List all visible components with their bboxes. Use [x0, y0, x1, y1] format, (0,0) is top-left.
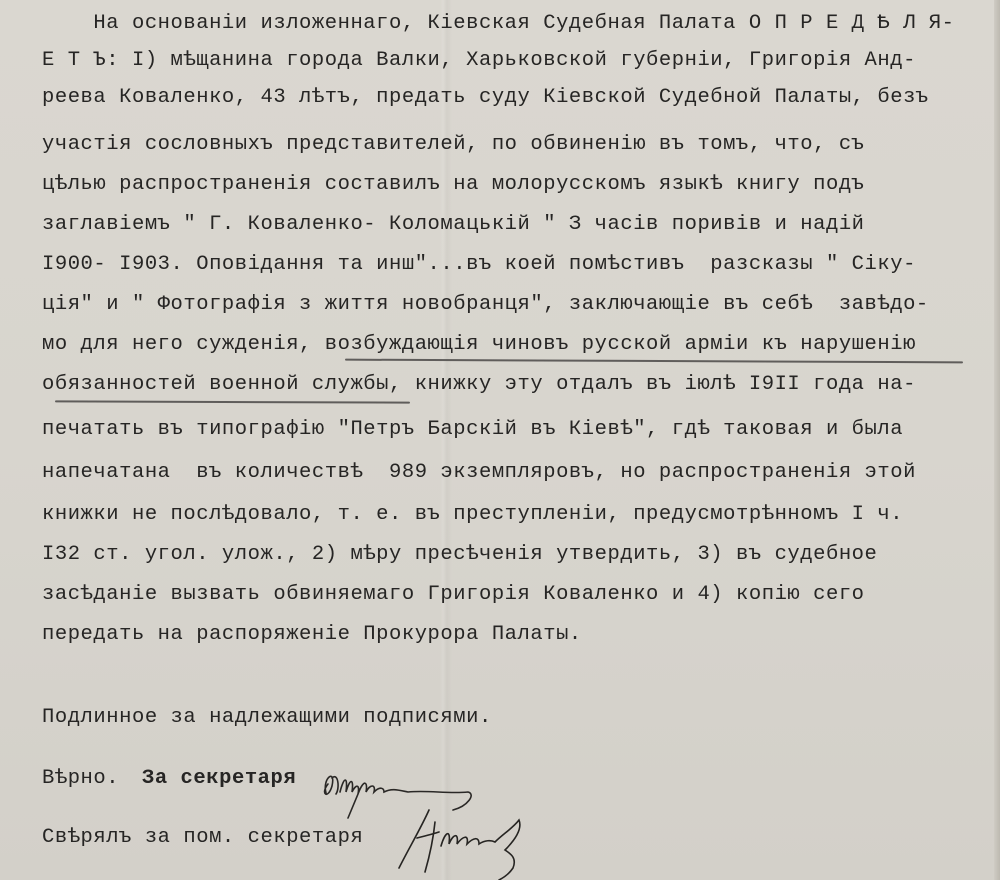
assistant-secretary-signature	[395, 798, 545, 880]
pencil-underline-1	[345, 359, 963, 364]
text-line-16: передать на распоряженіе Прокурора Палат…	[42, 623, 582, 647]
text-line-3: реева Коваленко, 43 лѣтъ, предать суду К…	[42, 86, 929, 110]
text-line-11: печатать въ типографію "Петръ Барскій въ…	[42, 418, 903, 442]
text-line-1: На основаніи изложеннаго, Кіевская Судеб…	[42, 12, 955, 36]
certification-line: Подлинное за надлежащими подписями.	[42, 706, 492, 730]
text-line-12: напечатана въ количествѣ 989 экземпляров…	[42, 461, 916, 485]
text-line-5: цѣлью распространенія составилъ на молор…	[42, 173, 865, 197]
text-line-2: Е Т Ъ: I) мѣщанина города Валки, Харьков…	[42, 49, 916, 73]
secretary-role: За секретаря	[142, 767, 296, 791]
text-line-10: обязанностей военной службы, книжку эту …	[42, 373, 916, 397]
pencil-underline-2	[55, 400, 410, 403]
text-line-7: I900- I903. Оповідання та инш"...въ коей…	[42, 253, 916, 277]
text-line-4: участія сословныхъ представителей, по об…	[42, 133, 865, 157]
checked-role: Свѣрялъ за пом. секретаря	[42, 826, 363, 850]
text-line-8: ція" и " Фотографія з життя новобранця",…	[42, 293, 929, 317]
text-line-14: I32 ст. угол. улож., 2) мѣру пресѣченія …	[42, 543, 877, 567]
verified-label: Вѣрно.	[42, 767, 119, 791]
paper-edge	[994, 0, 1000, 880]
text-line-6: заглавіемъ " Г. Коваленко- Коломацькій "…	[42, 213, 865, 237]
scanned-page: На основаніи изложеннаго, Кіевская Судеб…	[0, 0, 1000, 880]
text-line-13: книжки не послѣдовало, т. е. въ преступл…	[42, 503, 903, 527]
text-line-9: мо для него сужденія, возбуждающія чинов…	[42, 333, 916, 357]
text-line-15: засѣданіе вызвать обвиняемаго Григорія К…	[42, 583, 865, 607]
